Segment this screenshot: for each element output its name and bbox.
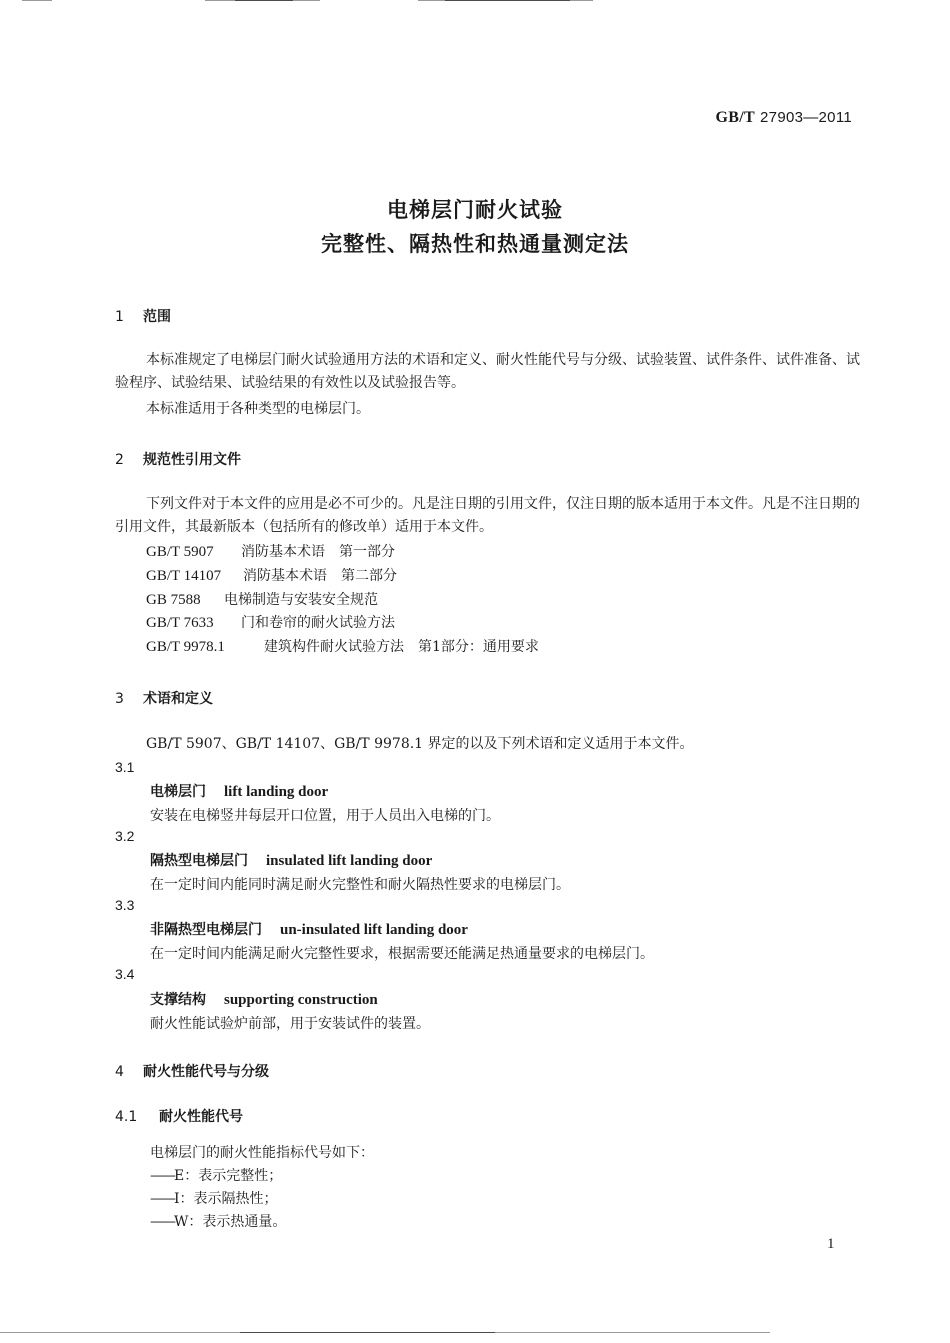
standard-prefix: GB/T: [716, 109, 755, 126]
section-title: 规范性引用文件: [143, 452, 241, 468]
term-heading: 隔热型电梯层门insulated lift landing door: [150, 850, 432, 870]
section-title: 术语和定义: [143, 691, 213, 707]
subsection-4-1-intro: 电梯层门的耐火性能指标代号如下：: [150, 1142, 374, 1162]
reference-item: GB/T 9978.1建筑构件耐火试验方法 第1部分：通用要求: [146, 636, 539, 656]
standard-number: 27903—2011: [760, 109, 852, 126]
paragraph-text: 本标准规定了电梯层门耐火试验通用方法的术语和定义、耐火性能代号与分级、试验装置、…: [115, 352, 860, 391]
section-number: 4: [115, 1064, 143, 1080]
section-number: 3: [115, 691, 143, 707]
section-number: 1: [115, 309, 143, 325]
term-en: supporting construction: [224, 992, 378, 1008]
reference-title: 消防基本术语 第二部分: [243, 568, 397, 584]
reference-title: 门和卷帘的耐火试验方法: [241, 615, 395, 631]
document-title-line1: 电梯层门耐火试验: [0, 194, 950, 224]
term-number: 3.1: [115, 759, 134, 775]
section-title: 耐火性能代号与分级: [143, 1064, 269, 1080]
subsection-number: 4.1: [115, 1109, 159, 1125]
list-item: ——I：表示隔热性；: [150, 1188, 278, 1208]
scan-edge-bottom: [240, 1332, 495, 1333]
term-definition: 在一定时间内能满足耐火完整性要求，根据需要还能满足热通量要求的电梯层门。: [150, 943, 654, 963]
section-title: 范围: [143, 309, 171, 325]
term-en: lift landing door: [224, 784, 328, 800]
document-title-line2: 完整性、隔热性和热通量测定法: [0, 228, 950, 258]
term-en: insulated lift landing door: [266, 853, 432, 869]
reference-code: GB 7588: [146, 592, 224, 609]
reference-item: GB/T 5907消防基本术语 第一部分: [146, 541, 395, 561]
reference-code: GB/T 7633: [146, 615, 241, 632]
list-item-text: I：表示隔热性；: [174, 1191, 278, 1207]
reference-code: GB/T 5907: [146, 544, 241, 561]
term-zh: 隔热型电梯层门: [150, 853, 248, 869]
reference-code: GB/T 9978.1: [146, 639, 264, 656]
section-3-heading: 3术语和定义: [115, 688, 213, 708]
reference-item: GB/T 14107消防基本术语 第二部分: [146, 565, 397, 585]
dash-marker: ——: [150, 1168, 174, 1184]
subsection-4-1-heading: 4.1耐火性能代号: [115, 1106, 243, 1126]
section-1-paragraph-2: 本标准适用于各种类型的电梯层门。: [115, 398, 860, 421]
term-definition: 在一定时间内能同时满足耐火完整性和耐火隔热性要求的电梯层门。: [150, 874, 570, 894]
section-4-heading: 4耐火性能代号与分级: [115, 1061, 269, 1081]
term-definition: 耐火性能试验炉前部，用于安装试件的装置。: [150, 1013, 430, 1033]
section-2-heading: 2规范性引用文件: [115, 449, 241, 469]
scan-edge-top: [445, 0, 570, 1]
subsection-title: 耐火性能代号: [159, 1109, 243, 1125]
reference-item: GB 7588电梯制造与安装安全规范: [146, 589, 378, 609]
dash-marker: ——: [150, 1214, 174, 1230]
section-1-paragraph-1: 本标准规定了电梯层门耐火试验通用方法的术语和定义、耐火性能代号与分级、试验装置、…: [115, 349, 860, 395]
term-heading: 支撑结构supporting construction: [150, 989, 378, 1009]
section-3-intro: GB/T 5907、GB/T 14107、GB/T 9978.1 界定的以及下列…: [146, 733, 694, 753]
term-en: un-insulated lift landing door: [280, 922, 468, 938]
term-number: 3.2: [115, 828, 134, 844]
term-definition: 安装在电梯竖井每层开口位置，用于人员出入电梯的门。: [150, 805, 500, 825]
reference-title: 消防基本术语 第一部分: [241, 544, 395, 560]
section-2-intro: 下列文件对于本文件的应用是必不可少的。凡是注日期的引用文件，仅注日期的版本适用于…: [115, 493, 860, 539]
list-item: ——W：表示热通量。: [150, 1211, 286, 1231]
reference-title: 电梯制造与安装安全规范: [224, 592, 378, 608]
paragraph-text: 本标准适用于各种类型的电梯层门。: [146, 401, 370, 417]
term-zh: 非隔热型电梯层门: [150, 922, 262, 938]
reference-item: GB/T 7633门和卷帘的耐火试验方法: [146, 612, 395, 632]
reference-code: GB/T 14107: [146, 568, 243, 585]
page-number: 1: [827, 1236, 835, 1253]
term-zh: 电梯层门: [150, 784, 206, 800]
section-1-heading: 1范围: [115, 306, 171, 326]
scan-edge-top: [235, 0, 293, 1]
paragraph-text: 下列文件对于本文件的应用是必不可少的。凡是注日期的引用文件，仅注日期的版本适用于…: [115, 496, 860, 535]
list-item-text: E：表示完整性；: [174, 1168, 282, 1184]
list-item: ——E：表示完整性；: [150, 1165, 282, 1185]
term-number: 3.3: [115, 897, 134, 913]
term-heading: 非隔热型电梯层门un-insulated lift landing door: [150, 919, 468, 939]
term-heading: 电梯层门lift landing door: [150, 781, 328, 801]
list-item-text: W：表示热通量。: [174, 1214, 286, 1230]
term-number: 3.4: [115, 966, 134, 982]
standard-code: GB/T 27903—2011: [716, 108, 852, 127]
scan-edge-top: [22, 0, 52, 1]
reference-title: 建筑构件耐火试验方法 第1部分：通用要求: [264, 639, 539, 655]
term-zh: 支撑结构: [150, 992, 206, 1008]
dash-marker: ——: [150, 1191, 174, 1207]
section-number: 2: [115, 452, 143, 468]
